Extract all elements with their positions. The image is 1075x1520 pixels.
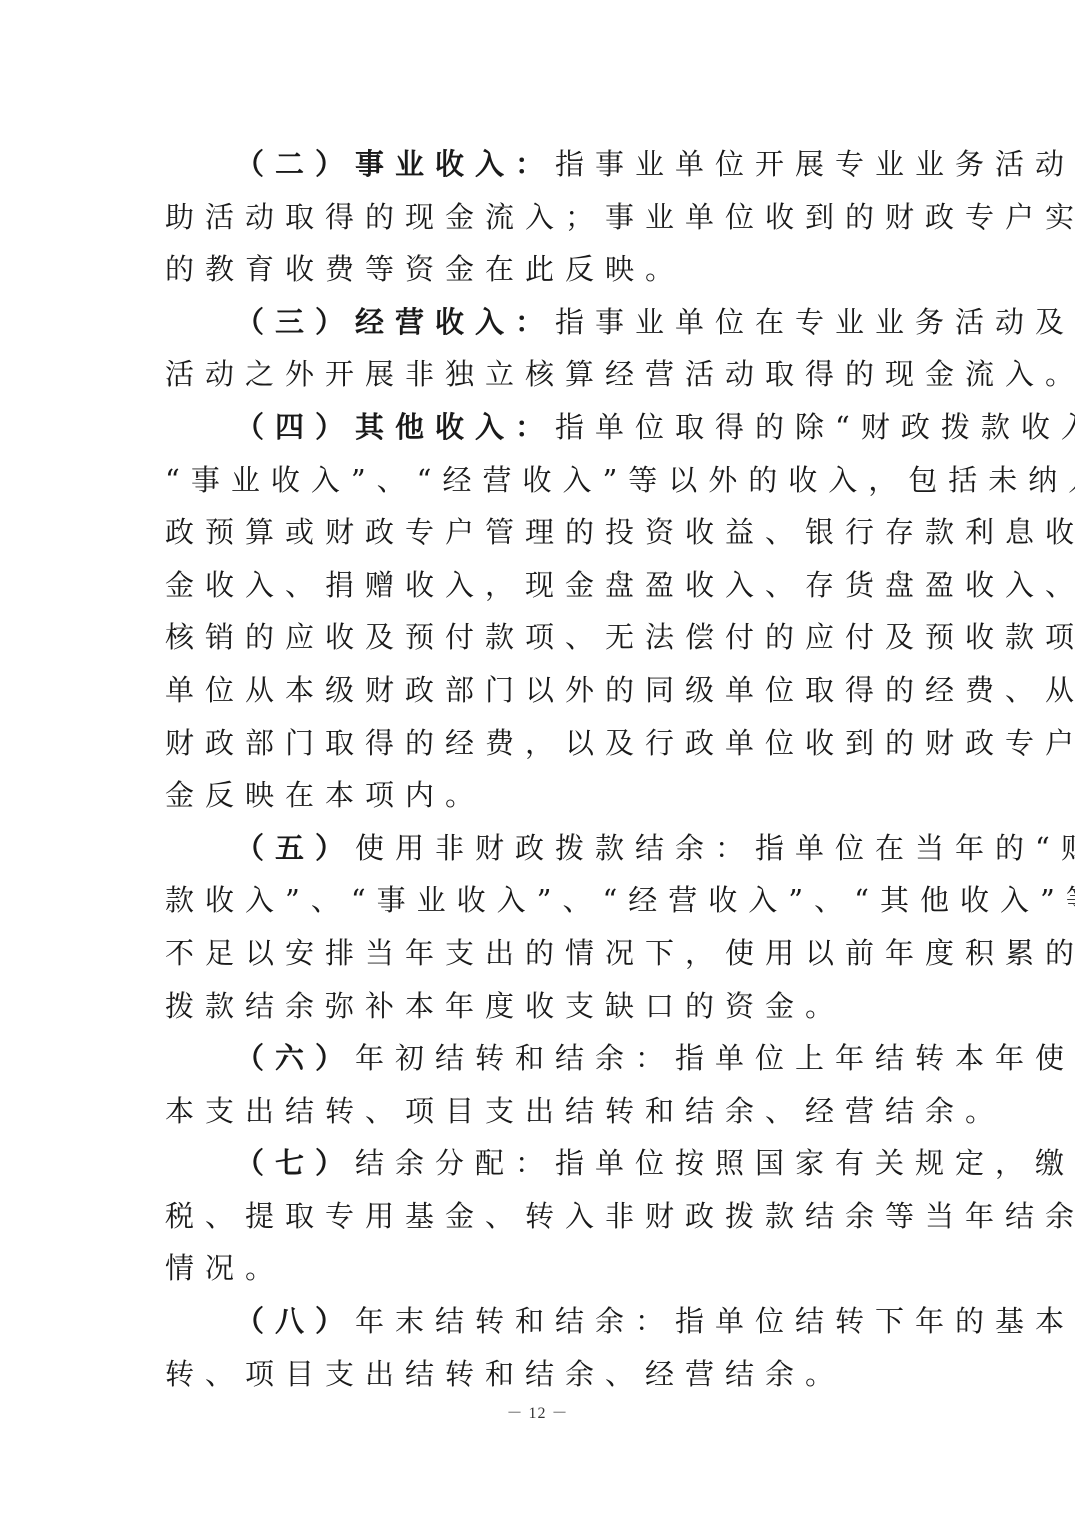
paragraph-text-line: 金反映在本项内。 <box>165 769 915 822</box>
paragraph-text-line: 拨款结余弥补本年度收支缺口的资金。 <box>165 980 915 1033</box>
paragraph-text: 指事业单位开展专业业务活动及其辅 <box>555 147 1075 181</box>
paragraph-text: 指单位按照国家有关规定，缴纳所得 <box>555 1146 1075 1180</box>
paragraph-operating-income: （三）经营收入：指事业单位在专业业务活动及其辅助 活动之外开展非独立核算经营活动… <box>165 296 915 401</box>
paragraph-first-line: （三）经营收入：指事业单位在专业业务活动及其辅助 <box>165 296 915 349</box>
item-number: （八） <box>235 1304 355 1338</box>
paragraph-text: 指事业单位在专业业务活动及其辅助 <box>555 305 1075 339</box>
paragraph-text: 指单位上年结转本年使用的基 <box>675 1041 1075 1075</box>
paragraph-text-line: 不足以安排当年支出的情况下，使用以前年度积累的非财政 <box>165 927 915 980</box>
paragraph-text: 指单位取得的除“财政拨款收入”、 <box>555 410 1075 444</box>
paragraph-first-line: （六）年初结转和结余：指单位上年结转本年使用的基 <box>165 1032 915 1085</box>
item-number: （三） <box>235 305 355 339</box>
paragraph-text-line: 情况。 <box>165 1242 915 1295</box>
paragraph-text-line: 款收入”、“事业收入”、“经营收入”、“其他收入”等 <box>165 874 915 927</box>
paragraph-closing-carryover: （八）年末结转和结余：指单位结转下年的基本支出结 转、项目支出结转和结余、经营结… <box>165 1295 915 1400</box>
paragraph-text-line: 金收入、捐赠收入，现金盘盈收入、存货盘盈收入、收回已 <box>165 559 915 612</box>
paragraph-business-income: （二）事业收入：指事业单位开展专业业务活动及其辅 助活动取得的现金流入；事业单位… <box>165 138 915 296</box>
paragraph-text-line: 财政部门取得的经费，以及行政单位收到的财政专户管理资 <box>165 717 915 770</box>
paragraph-first-line: （四）其他收入：指单位取得的除“财政拨款收入”、 <box>165 401 915 454</box>
paragraph-text-line: 转、项目支出结转和结余、经营结余。 <box>165 1348 915 1401</box>
paragraph-text: 指单位在当年的“财政拨 <box>755 831 1075 865</box>
item-heading: 年末结转和结余： <box>355 1304 675 1338</box>
item-heading: 经营收入： <box>355 305 555 339</box>
item-number: （二） <box>235 147 355 181</box>
paragraph-first-line: （二）事业收入：指事业单位开展专业业务活动及其辅 <box>165 138 915 191</box>
page-number: － 12 － <box>0 1400 1075 1423</box>
document-page: （二）事业收入：指事业单位开展专业业务活动及其辅 助活动取得的现金流入；事业单位… <box>165 138 915 1400</box>
paragraph-first-line: （八）年末结转和结余：指单位结转下年的基本支出结 <box>165 1295 915 1348</box>
item-heading: 其他收入： <box>355 410 555 444</box>
item-number: （五） <box>235 831 355 865</box>
paragraph-text-line: 核销的应收及预付款项、无法偿付的应付及预收款项等。各 <box>165 611 915 664</box>
paragraph-text-line: 助活动取得的现金流入；事业单位收到的财政专户实际核拨 <box>165 191 915 244</box>
paragraph-text-line: “事业收入”、“经营收入”等以外的收入，包括未纳入财 <box>165 454 915 507</box>
paragraph-text-line: 本支出结转、项目支出结转和结余、经营结余。 <box>165 1085 915 1138</box>
item-number: （七） <box>235 1146 355 1180</box>
item-number: （六） <box>235 1041 355 1075</box>
paragraph-other-income: （四）其他收入：指单位取得的除“财政拨款收入”、 “事业收入”、“经营收入”等以… <box>165 401 915 822</box>
paragraph-text: 指单位结转下年的基本支出结 <box>675 1304 1075 1338</box>
item-heading: 使用非财政拨款结余： <box>355 831 755 865</box>
paragraph-surplus-distribution: （七）结余分配：指单位按照国家有关规定，缴纳所得 税、提取专用基金、转入非财政拨… <box>165 1137 915 1295</box>
paragraph-first-line: （五）使用非财政拨款结余：指单位在当年的“财政拨 <box>165 822 915 875</box>
paragraph-text-line: 活动之外开展非独立核算经营活动取得的现金流入。 <box>165 348 915 401</box>
item-heading: 年初结转和结余： <box>355 1041 675 1075</box>
item-heading: 结余分配： <box>355 1146 555 1180</box>
paragraph-text-line: 的教育收费等资金在此反映。 <box>165 243 915 296</box>
paragraph-text-line: 税、提取专用基金、转入非财政拨款结余等当年结余的分配 <box>165 1190 915 1243</box>
paragraph-first-line: （七）结余分配：指单位按照国家有关规定，缴纳所得 <box>165 1137 915 1190</box>
paragraph-non-fiscal-surplus-use: （五）使用非财政拨款结余：指单位在当年的“财政拨 款收入”、“事业收入”、“经营… <box>165 822 915 1032</box>
paragraph-text-line: 政预算或财政专户管理的投资收益、银行存款利息收入、租 <box>165 506 915 559</box>
paragraph-opening-carryover: （六）年初结转和结余：指单位上年结转本年使用的基 本支出结转、项目支出结转和结余… <box>165 1032 915 1137</box>
item-number: （四） <box>235 410 355 444</box>
paragraph-text-line: 单位从本级财政部门以外的同级单位取得的经费、从非本级 <box>165 664 915 717</box>
item-heading: 事业收入： <box>355 147 555 181</box>
